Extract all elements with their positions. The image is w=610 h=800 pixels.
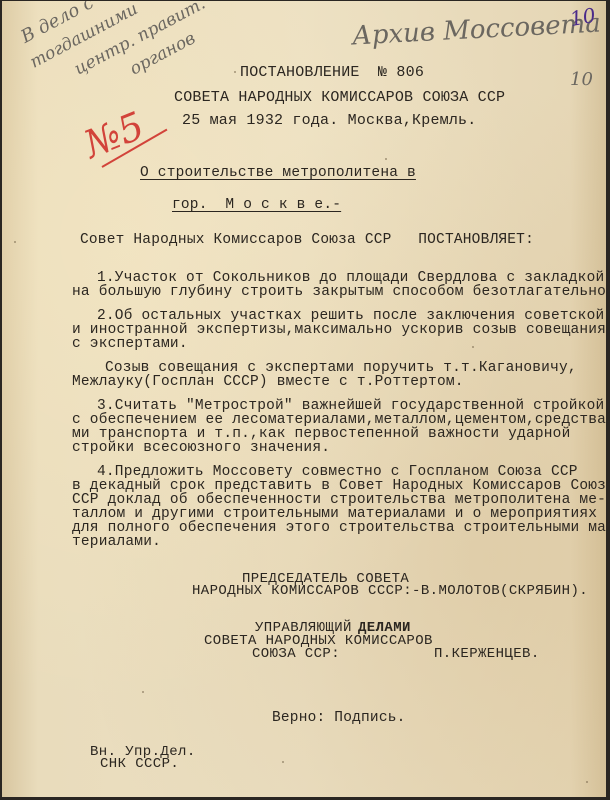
paragraph-4-line: таллом и другими строительными материала… — [72, 507, 597, 521]
preamble: Совет Народных Комиссаров Союза ССР ПОСТ… — [80, 233, 534, 247]
issuing-body: СОВЕТА НАРОДНЫХ КОМИССАРОВ СОЮЗА ССР — [174, 91, 505, 105]
paper-speck — [586, 781, 588, 783]
paragraph-4-line: териалами. — [72, 535, 161, 549]
certification: Верно: Подпись. — [272, 711, 406, 725]
date-place: 25 мая 1932 года. Москва,Кремль. — [182, 114, 476, 128]
paper-speck — [14, 241, 16, 243]
page-number-pencil: 10 — [570, 69, 593, 90]
subject-line-1: О строительстве метрополитена в — [140, 166, 416, 180]
paragraph-3-line: 3.Считать "Метрострой" важнейшей государ… — [97, 399, 604, 413]
page-number-purple: 10 — [568, 3, 597, 31]
paragraph-2a-line: Созыв совещания с экспертами поручить т.… — [105, 361, 577, 375]
paragraph-4-line: ССР доклад об обеспеченности строительст… — [72, 493, 606, 507]
red-pencil-mark: №5 — [78, 103, 150, 166]
subject-line-2: гор. М о с к в е.- — [172, 198, 341, 212]
paragraph-2a-line: Межлауку(Госплан СССР) вместе с т.Роттер… — [72, 375, 464, 389]
paragraph-1-line: на большую глубину строить закрытым спос… — [72, 285, 606, 299]
paragraph-3-line: с обеспечением ее лесоматериалами,металл… — [72, 413, 606, 427]
paragraph-4-line: 4.Предложить Моссовету совместно с Госпл… — [97, 465, 578, 479]
paper-speck — [142, 691, 144, 693]
paragraph-2-line: и иностранной экспертизы,максимально уск… — [72, 323, 606, 337]
paper-speck — [282, 761, 284, 763]
paragraph-3-line: стройки всесоюзного значения. — [72, 441, 330, 455]
chairman-name: НАРОДНЫХ КОМИССАРОВ СССР:-В.МОЛОТОВ(СКРЯ… — [192, 584, 588, 598]
paragraph-4-line: в декадный срок представить в Совет Наро… — [72, 479, 606, 493]
paper-speck — [234, 71, 236, 73]
decree-title: ПОСТАНОВЛЕНИЕ № 806 — [240, 66, 424, 80]
paragraph-2-line: 2.Об остальных участках решить после зак… — [97, 309, 604, 323]
paragraph-4-line: для полного обеспечения этого строительс… — [72, 521, 606, 535]
paragraph-1-line: 1.Участок от Сокольников до площади Свер… — [97, 271, 604, 285]
handwritten-archive-note: Архив Моссовета — [351, 9, 601, 52]
manager-name: П.КЕРЖЕНЦЕВ. — [434, 647, 540, 661]
paper-speck — [472, 346, 474, 348]
footer-line-2: СНК СССР. — [100, 757, 179, 771]
paragraph-2-line: с экспертами. — [72, 337, 188, 351]
paragraph-3-line: ми транспорта и т.п.,как первостепенной … — [72, 427, 570, 441]
manager-body-union: СОЮЗА ССР: — [252, 647, 340, 661]
document-page: В дело с тогдашними центр. правит. орган… — [2, 1, 606, 797]
paper-speck — [385, 158, 387, 160]
